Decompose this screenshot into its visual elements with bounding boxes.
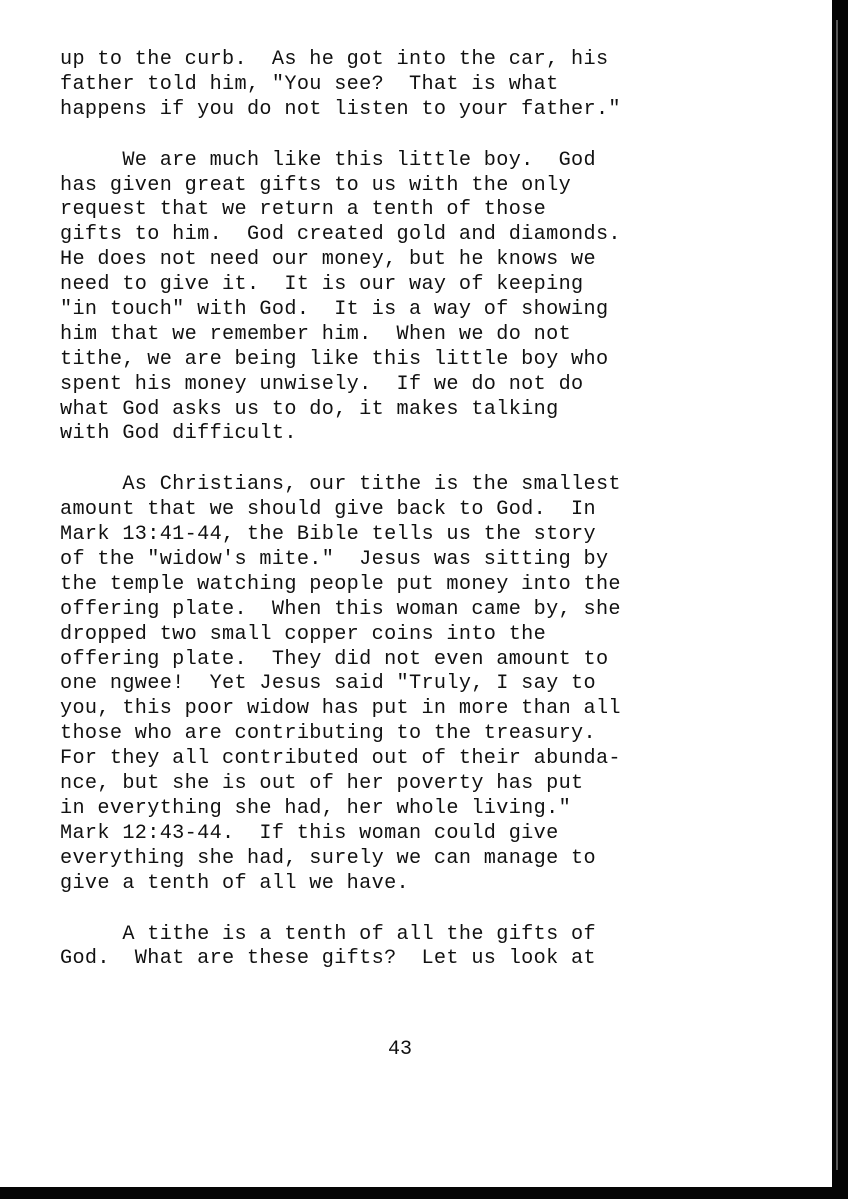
text-line: everything she had, surely we can manage…	[60, 847, 760, 872]
text-line: need to give it. It is our way of keepin…	[60, 273, 760, 298]
paragraph-spacer	[60, 447, 760, 473]
text-line: father told him, "You see? That is what	[60, 73, 760, 98]
paragraph-spacer	[60, 123, 760, 149]
scan-border-right	[832, 0, 848, 1199]
text-line: For they all contributed out of their ab…	[60, 747, 760, 772]
text-line: Mark 12:43-44. If this woman could give	[60, 822, 760, 847]
text-line: offering plate. When this woman came by,…	[60, 598, 760, 623]
scan-border-bottom	[0, 1187, 848, 1199]
text-line: those who are contributing to the treasu…	[60, 722, 760, 747]
paragraph-spacer	[60, 897, 760, 923]
text-line: "in touch" with God. It is a way of show…	[60, 298, 760, 323]
text-line: We are much like this little boy. God	[60, 149, 760, 174]
text-line: A tithe is a tenth of all the gifts of	[60, 923, 760, 948]
text-line: gifts to him. God created gold and diamo…	[60, 223, 760, 248]
paragraph-3: As Christians, our tithe is the smallest…	[60, 473, 760, 896]
paragraph-4: A tithe is a tenth of all the gifts of G…	[60, 923, 760, 973]
text-line: tithe, we are being like this little boy…	[60, 348, 760, 373]
text-line: nce, but she is out of her poverty has p…	[60, 772, 760, 797]
paragraph-1: up to the curb. As he got into the car, …	[60, 48, 760, 123]
text-line: request that we return a tenth of those	[60, 198, 760, 223]
text-line: As Christians, our tithe is the smallest	[60, 473, 760, 498]
text-line: dropped two small copper coins into the	[60, 623, 760, 648]
text-line: one ngwee! Yet Jesus said "Truly, I say …	[60, 672, 760, 697]
text-line: Mark 13:41-44, the Bible tells us the st…	[60, 523, 760, 548]
text-line: you, this poor widow has put in more tha…	[60, 697, 760, 722]
text-line: him that we remember him. When we do not	[60, 323, 760, 348]
text-line: spent his money unwisely. If we do not d…	[60, 373, 760, 398]
text-line: amount that we should give back to God. …	[60, 498, 760, 523]
text-line: what God asks us to do, it makes talking	[60, 398, 760, 423]
text-line: up to the curb. As he got into the car, …	[60, 48, 760, 73]
page-number: 43	[0, 1038, 800, 1061]
text-line: the temple watching people put money int…	[60, 573, 760, 598]
text-line: give a tenth of all we have.	[60, 872, 760, 897]
text-line: in everything she had, her whole living.…	[60, 797, 760, 822]
body-text: up to the curb. As he got into the car, …	[60, 48, 760, 972]
text-line: has given great gifts to us with the onl…	[60, 174, 760, 199]
document-page: up to the curb. As he got into the car, …	[0, 0, 832, 1187]
text-line: God. What are these gifts? Let us look a…	[60, 947, 760, 972]
text-line: of the "widow's mite." Jesus was sitting…	[60, 548, 760, 573]
text-line: happens if you do not listen to your fat…	[60, 98, 760, 123]
paragraph-2: We are much like this little boy. God ha…	[60, 149, 760, 448]
text-line: offering plate. They did not even amount…	[60, 648, 760, 673]
text-line: He does not need our money, but he knows…	[60, 248, 760, 273]
text-line: with God difficult.	[60, 422, 760, 447]
